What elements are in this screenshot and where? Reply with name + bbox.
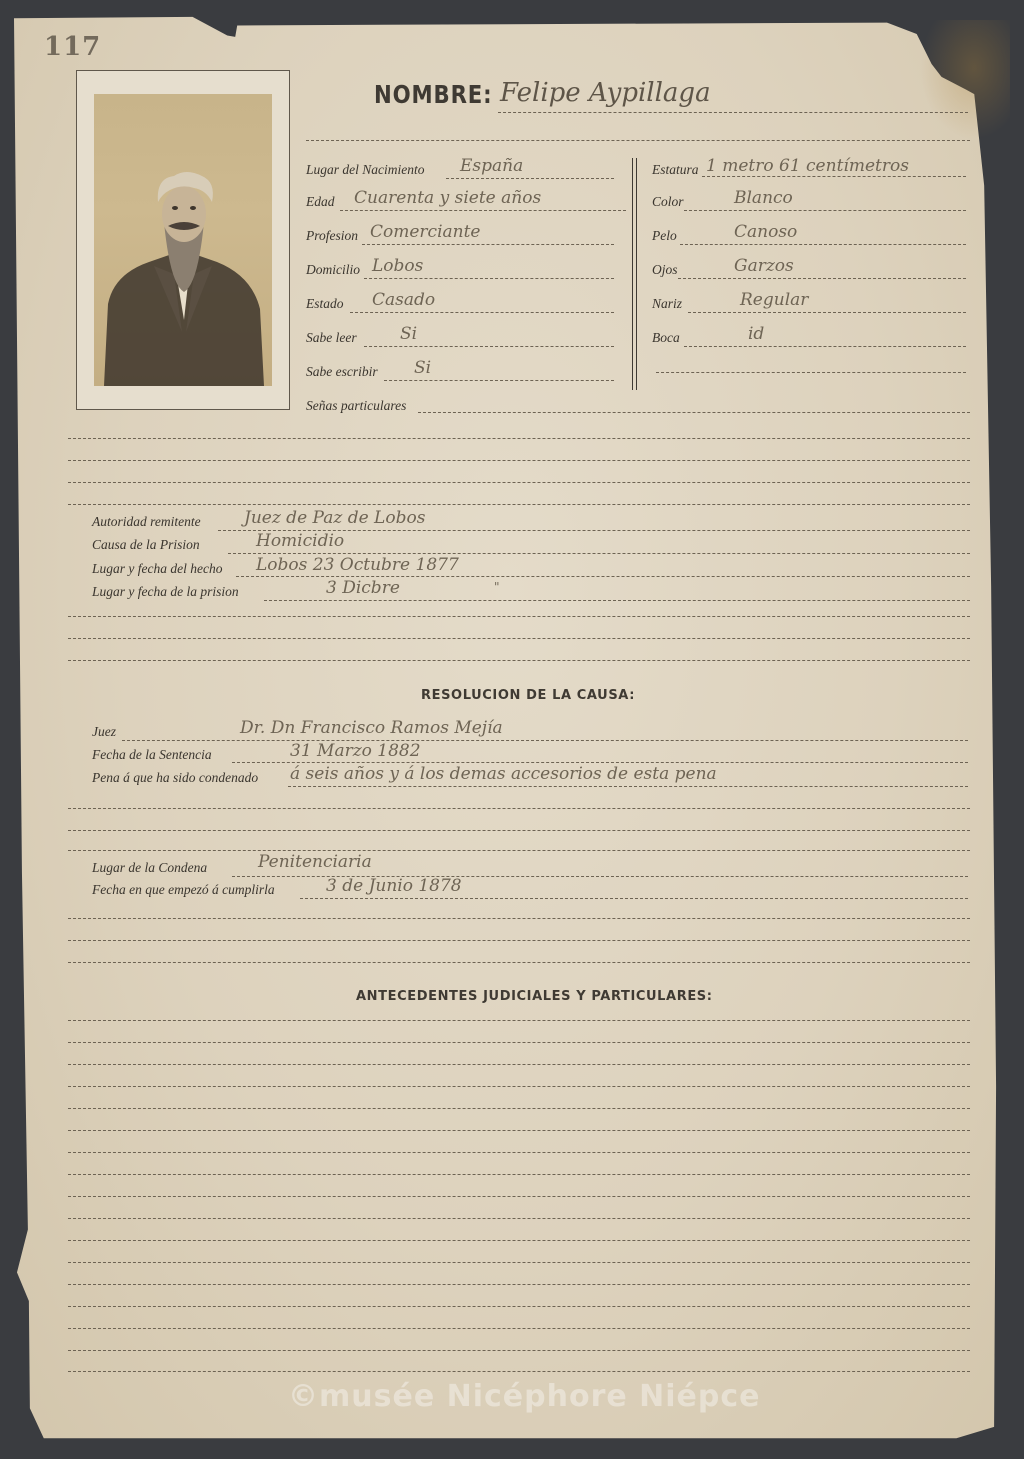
nombre-line (498, 112, 968, 113)
field-label-estatura: Estatura (652, 162, 699, 178)
field-line (362, 244, 614, 245)
rule-line (68, 638, 970, 639)
field-label-lugar-nacimiento: Lugar del Nacimiento (306, 162, 425, 178)
rule-line (68, 1328, 970, 1329)
rule-line (68, 1262, 970, 1263)
rule-line (68, 918, 970, 919)
field-line (684, 346, 966, 347)
rule-line (68, 1086, 970, 1087)
field-value-pena: á seis años y á los demas accesorios de … (290, 764, 717, 784)
field-label-domicilio: Domicilio (306, 262, 360, 278)
rule-line (68, 1284, 970, 1285)
rule-line (68, 438, 970, 439)
field-value-ojos: Garzos (734, 256, 794, 276)
field-line (364, 278, 614, 279)
field-value-color: Blanco (734, 188, 793, 208)
field-label-sabe-escribir: Sabe escribir (306, 364, 378, 380)
field-line (688, 312, 966, 313)
rule-line (68, 460, 970, 461)
rule-line (68, 1350, 970, 1351)
rule-line (68, 482, 970, 483)
field-value-edad: Cuarenta y siete años (354, 188, 541, 208)
rule-line (68, 616, 970, 617)
field-value-fecha-sentencia: 31 Marzo 1882 (290, 741, 421, 761)
field-line (228, 553, 970, 554)
field-value-nariz: Regular (740, 290, 808, 310)
field-value-lugar-fecha-prision: 3 Dicbre (326, 578, 400, 598)
field-line (350, 312, 614, 313)
field-line (702, 176, 966, 177)
rule-line (306, 140, 970, 141)
field-label-sabe-leer: Sabe leer (306, 330, 357, 346)
field-label-juez: Juez (92, 724, 116, 740)
field-line (364, 346, 614, 347)
field-label-estado: Estado (306, 296, 344, 312)
rule-line (68, 1020, 970, 1021)
rule-line (68, 1218, 970, 1219)
field-value-fecha-cumplirla: 3 de Junio 1878 (326, 876, 462, 896)
portrait-photo (94, 94, 272, 386)
field-label-lugar-fecha-prision: Lugar y fecha de la prision (92, 584, 239, 600)
field-line (232, 762, 968, 763)
field-label-ojos: Ojos (652, 262, 678, 278)
rule-line (68, 962, 970, 963)
field-value-pelo: Canoso (734, 222, 797, 242)
field-label-causa-prision: Causa de la Prision (92, 537, 200, 553)
field-line (684, 210, 966, 211)
rule-line (68, 1064, 970, 1065)
rule-line (68, 940, 970, 941)
field-value-autoridad-remitente: Juez de Paz de Lobos (244, 508, 425, 528)
field-value-juez: Dr. Dn Francisco Ramos Mejía (240, 718, 503, 738)
rule-line (68, 1152, 970, 1153)
rule-line (68, 504, 970, 505)
column-divider (632, 158, 637, 390)
nombre-label: NOMBRE: (374, 80, 493, 109)
rule-line (68, 808, 970, 809)
field-line (446, 178, 614, 179)
field-value-sabe-leer: Si (400, 324, 417, 344)
field-label-senas-particulares: Señas particulares (306, 398, 406, 414)
field-label-fecha-sentencia: Fecha de la Sentencia (92, 747, 212, 763)
rule-line (68, 1196, 970, 1197)
field-value-lugar-condena: Penitenciaria (258, 852, 372, 872)
field-line (340, 210, 626, 211)
field-label-edad: Edad (306, 194, 335, 210)
rule-line (68, 1174, 970, 1175)
field-line (288, 786, 968, 787)
field-value-lugar-fecha-hecho: Lobos 23 Octubre 1877 (256, 555, 459, 575)
watermark: ©musée Nicéphore Niépce (288, 1379, 761, 1414)
nombre-value: Felipe Aypillaga (500, 78, 711, 108)
field-label-autoridad-remitente: Autoridad remitente (92, 514, 201, 530)
field-line (122, 740, 968, 741)
antecedentes-heading: ANTECEDENTES JUDICIALES Y PARTICULARES: (356, 989, 713, 1004)
field-line (300, 898, 968, 899)
field-value-domicilio: Lobos (372, 256, 423, 276)
field-line (418, 412, 970, 413)
rule-line (68, 1130, 970, 1131)
field-value-estado: Casado (372, 290, 435, 310)
field-label-pelo: Pelo (652, 228, 677, 244)
field-label-color: Color (652, 194, 684, 210)
portrait-icon (94, 94, 272, 386)
field-value-profesion: Comerciante (370, 222, 480, 242)
ditto-mark: " (494, 580, 500, 594)
field-line (680, 244, 966, 245)
rule-line (68, 850, 970, 851)
field-value-boca: id (748, 324, 764, 344)
rule-line (68, 1371, 970, 1372)
page-number: 117 (44, 32, 101, 62)
field-label-nariz: Nariz (652, 296, 682, 312)
field-value-lugar-nacimiento: España (460, 156, 523, 176)
rule-line (68, 1306, 970, 1307)
field-label-pena: Pena á que ha sido condenado (92, 770, 258, 786)
field-value-estatura: 1 metro 61 centímetros (706, 156, 909, 176)
field-label-lugar-condena: Lugar de la Condena (92, 860, 207, 876)
paper-stain (920, 20, 1010, 140)
field-line (236, 576, 970, 577)
field-line (384, 380, 614, 381)
field-value-causa-prision: Homicidio (256, 531, 344, 551)
rule-line (68, 830, 970, 831)
rule-line (68, 1108, 970, 1109)
rule-line (656, 372, 966, 373)
resolution-heading: RESOLUCION DE LA CAUSA: (421, 688, 635, 703)
field-line (678, 278, 966, 279)
field-value-sabe-escribir: Si (414, 358, 431, 378)
rule-line (68, 1240, 970, 1241)
field-line (264, 600, 970, 601)
field-label-fecha-cumplirla: Fecha en que empezó á cumplirla (92, 882, 275, 898)
field-label-boca: Boca (652, 330, 680, 346)
field-label-profesion: Profesion (306, 228, 358, 244)
rule-line (68, 1042, 970, 1043)
rule-line (68, 660, 970, 661)
field-label-lugar-fecha-hecho: Lugar y fecha del hecho (92, 561, 222, 577)
